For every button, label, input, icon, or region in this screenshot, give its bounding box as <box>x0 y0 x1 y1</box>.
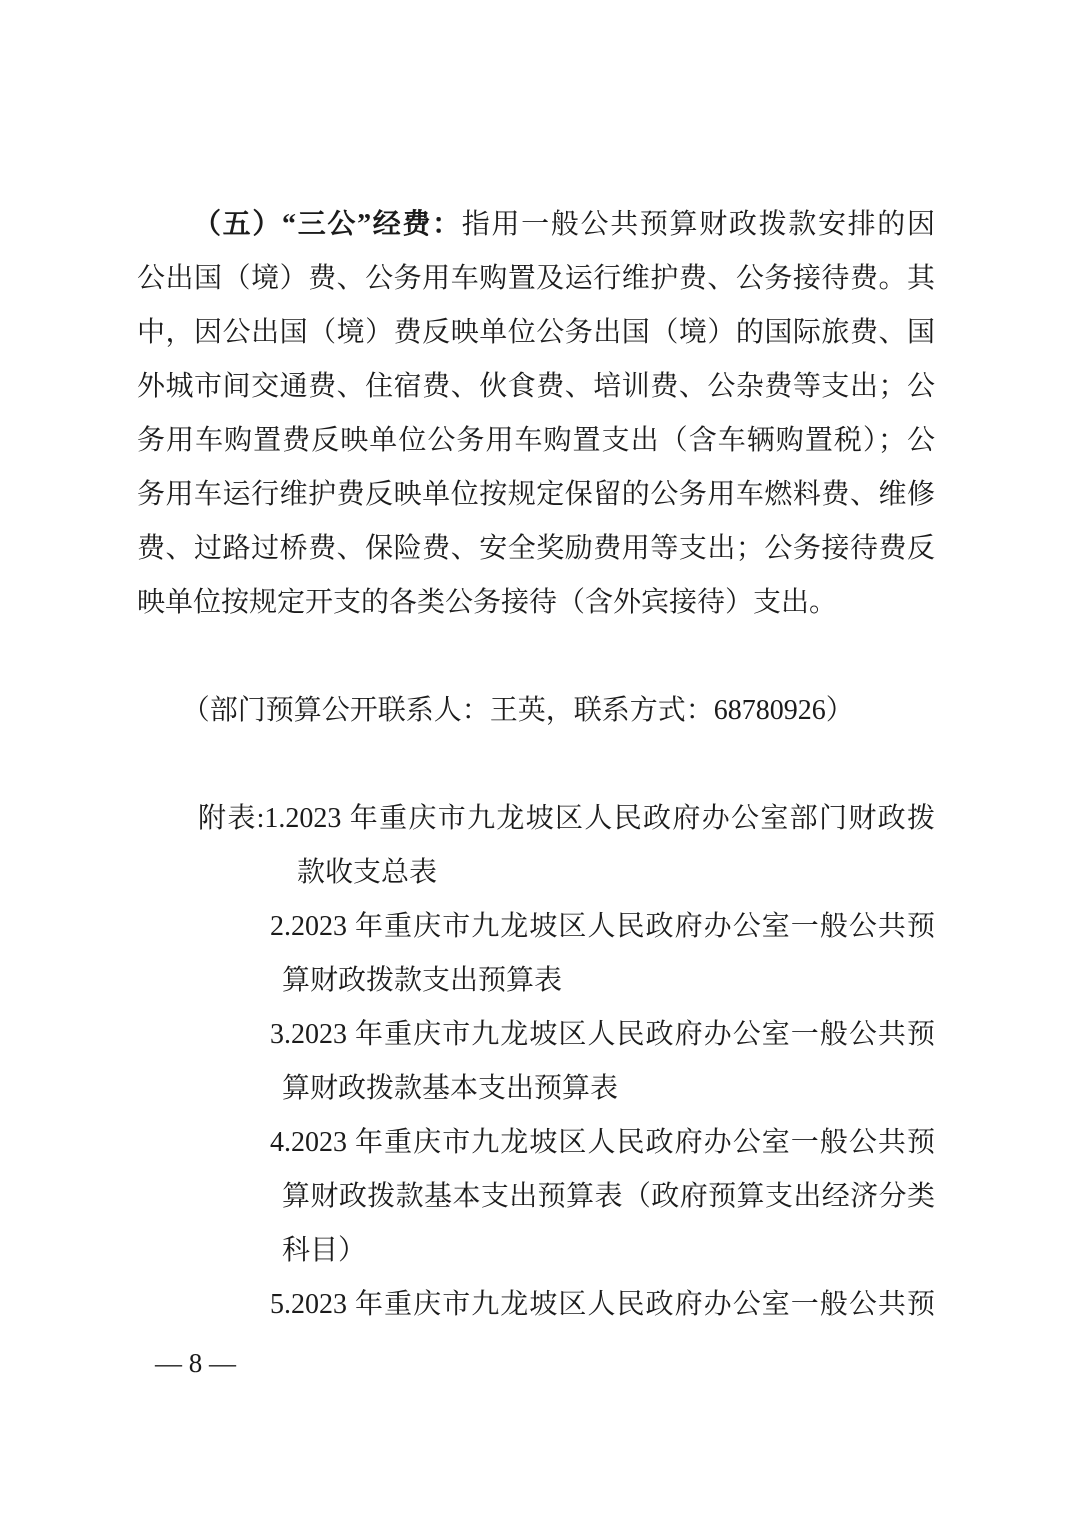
blank-line <box>137 630 935 684</box>
page-number: — 8 — <box>155 1336 236 1390</box>
attachment-line: 算财政拨款支出预算表 <box>137 954 935 1008</box>
paragraph-line: 公出国（境）费、公务用车购置及运行维护费、公务接待费。其 <box>137 252 935 306</box>
attachment-line: 算财政拨款基本支出预算表（政府预算支出经济分类 <box>137 1170 935 1224</box>
attachment-line: 附表:1.2023 年重庆市九龙坡区人民政府办公室部门财政拨 <box>137 792 935 846</box>
attachment-line: 款收支总表 <box>137 846 935 900</box>
attachment-line: 2.2023 年重庆市九龙坡区人民政府办公室一般公共预 <box>137 900 935 954</box>
attachment-line: 3.2023 年重庆市九龙坡区人民政府办公室一般公共预 <box>137 1008 935 1062</box>
paragraph-line: 映单位按规定开支的各类公务接待（含外宾接待）支出。 <box>137 576 935 630</box>
attachment-line: 4.2023 年重庆市九龙坡区人民政府办公室一般公共预 <box>137 1116 935 1170</box>
attachment-line: 科目） <box>137 1224 935 1278</box>
document-content: （五）“三公”经费：指用一般公共预算财政拨款安排的因 公出国（境）费、公务用车购… <box>137 198 935 1332</box>
paragraph-line: 外城市间交通费、住宿费、伙食费、培训费、公杂费等支出；公 <box>137 360 935 414</box>
attachment-list: 附表:1.2023 年重庆市九龙坡区人民政府办公室部门财政拨 款收支总表 2.2… <box>137 792 935 1332</box>
attachment-line: 算财政拨款基本支出预算表 <box>137 1062 935 1116</box>
paragraph-line: 务用车购置费反映单位公务用车购置支出（含车辆购置税）；公 <box>137 414 935 468</box>
document-page: （五）“三公”经费：指用一般公共预算财政拨款安排的因 公出国（境）费、公务用车购… <box>0 0 1074 1520</box>
paragraph-text: 指用一般公共预算财政拨款安排的因 <box>462 209 935 240</box>
contact-line: （部门预算公开联系人：王英，联系方式：68780926） <box>137 684 935 738</box>
attachment-line: 5.2023 年重庆市九龙坡区人民政府办公室一般公共预 <box>137 1278 935 1332</box>
paragraph-line: 中，因公出国（境）费反映单位公务出国（境）的国际旅费、国 <box>137 306 935 360</box>
paragraph-line: （五）“三公”经费：指用一般公共预算财政拨款安排的因 <box>137 198 935 252</box>
san-gong-paragraph: （五）“三公”经费：指用一般公共预算财政拨款安排的因 公出国（境）费、公务用车购… <box>137 198 935 630</box>
section-heading: （五）“三公”经费： <box>193 209 462 240</box>
paragraph-line: 费、过路过桥费、保险费、安全奖励费用等支出；公务接待费反 <box>137 522 935 576</box>
paragraph-line: 务用车运行维护费反映单位按规定保留的公务用车燃料费、维修 <box>137 468 935 522</box>
blank-line <box>137 738 935 792</box>
